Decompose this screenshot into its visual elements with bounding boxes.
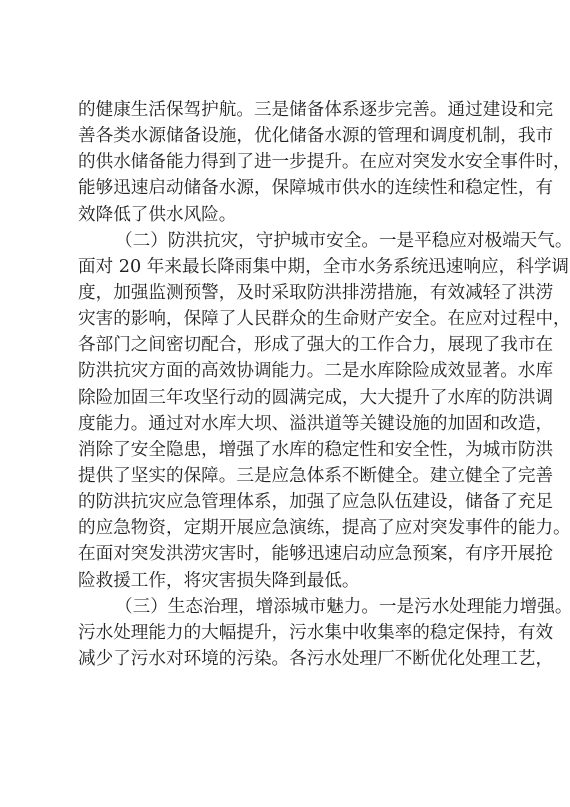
text-line: 善各类水源储备设施，优化储备水源的管理和调度机制，我市 [78,123,490,149]
text-line: 减少了污水对环境的污染。各污水处理厂不断优化处理工艺， [78,646,490,672]
document-page: 的健康生活保驾护航。三是储备体系逐步完善。通过建设和完 善各类水源储备设施，优化… [0,0,570,807]
text-line: 灾害的影响，保障了人民群众的生命财产安全。在应对过程中， [78,306,490,332]
text-line: 除险加固三年攻坚行动的圆满完成，大大提升了水库的防洪调 [78,385,490,411]
text-line: 消除了安全隐患，增强了水库的稳定性和安全性，为城市防洪 [78,437,490,463]
text-line: 能够迅速启动储备水源，保障城市供水的连续性和稳定性，有 [78,175,490,201]
text-line: 各部门之间密切配合，形成了强大的工作合力，展现了我市在 [78,332,490,358]
text-line: 面对 20 年来最长降雨集中期，全市水务系统迅速响应，科学调 [78,254,490,280]
text-line: 在面对突发洪涝灾害时，能够迅速启动应急预案，有序开展抢 [78,541,490,567]
text-line: 污水处理能力的大幅提升，污水集中收集率的稳定保持，有效 [78,620,490,646]
section-heading-line: （三）生态治理，增添城市魅力。一是污水处理能力增强。 [78,594,490,620]
text-line: 的供水储备能力得到了进一步提升。在应对突发水安全事件时， [78,149,490,175]
text-line: 的防洪抗灾应急管理体系，加强了应急队伍建设，储备了充足 [78,489,490,515]
text-line: 度能力。通过对水库大坝、溢洪道等关键设施的加固和改造， [78,411,490,437]
text-line: 提供了坚实的保障。三是应急体系不断健全。建立健全了完善 [78,463,490,489]
text-line: 的健康生活保驾护航。三是储备体系逐步完善。通过建设和完 [78,97,490,123]
text-line: 防洪抗灾方面的高效协调能力。二是水库除险成效显著。水库 [78,358,490,384]
text-line: 险救援工作，将灾害损失降到最低。 [78,568,490,594]
text-line: 的应急物资，定期开展应急演练，提高了应对突发事件的能力。 [78,515,490,541]
section-heading-line: （二）防洪抗灾，守护城市安全。一是平稳应对极端天气。 [78,228,490,254]
text-line: 度，加强监测预警，及时采取防洪排涝措施，有效减轻了洪涝 [78,280,490,306]
body-text: 的健康生活保驾护航。三是储备体系逐步完善。通过建设和完 善各类水源储备设施，优化… [78,97,498,672]
text-line: 效降低了供水风险。 [78,202,490,228]
